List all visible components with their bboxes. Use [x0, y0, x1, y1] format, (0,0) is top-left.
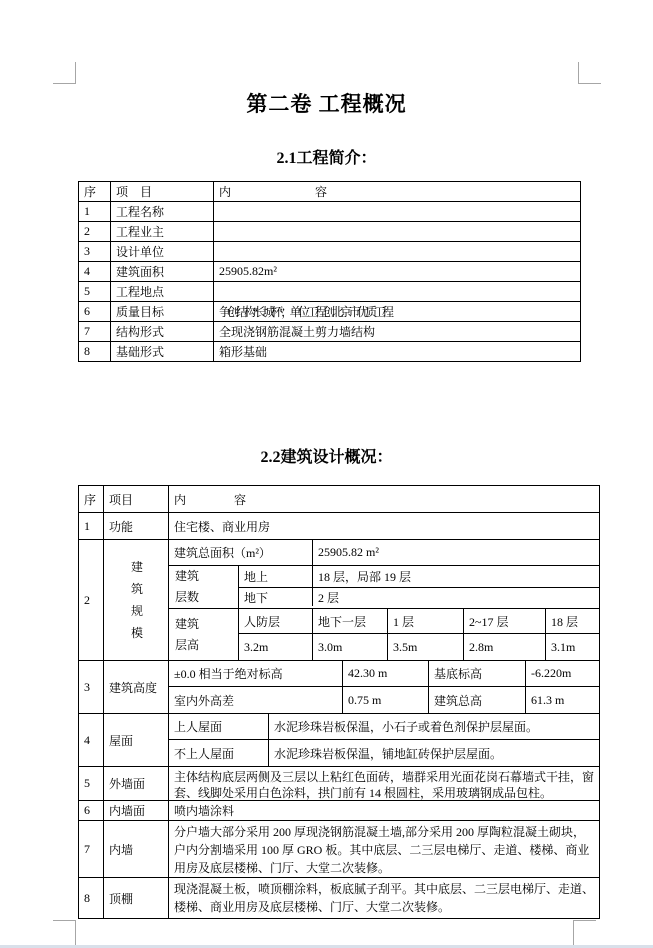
table-row: 3 设计单位 [79, 242, 581, 262]
row-content: 现浇混凝土板，喷顶棚涂料，板底腻子刮平。其中底层、二三层电梯厅、走道、楼梯、商业… [169, 878, 599, 918]
row-item: 基础形式 [111, 342, 214, 362]
height-col: 地下一层 [313, 609, 388, 633]
height-val: 2.8m [464, 634, 546, 660]
design-overview-table: 序 项目 内 容 1 功能 住宅楼、商业用房 2 建筑规模 建筑总面积（m²） … [78, 485, 600, 919]
height-col: 人防层 [239, 609, 313, 633]
table-row: 5 工程地点 [79, 282, 581, 302]
row-item: 结构形式 [111, 322, 214, 342]
below-ground-row: 地下 2 层 [239, 588, 599, 606]
total-height-label: 建筑总高 [429, 687, 526, 713]
table-row: 4 建筑面积 25905.82m² [79, 262, 581, 282]
base-elev-value: -6.220m [526, 661, 599, 686]
project-intro-table: 序 项 目 内 容 1 工程名称 2 工程业主 3 设计单位 4 建筑面积 25… [78, 181, 581, 362]
height-col: 2~17 层 [464, 609, 546, 633]
row-seq: 2 [79, 222, 111, 242]
floor-height-group: 建筑层高 人防层 地下一层 1 层 2~17 层 18 层 3.2m 3.0m [169, 609, 599, 660]
row-content [214, 282, 581, 302]
row-content [214, 222, 581, 242]
row-ceiling: 8 顶棚 现浇混凝土板，喷顶棚涂料，板底腻子刮平。其中底层、二三层电梯厅、走道、… [79, 878, 599, 918]
row-content: 分户墙大部分采用 200 厚现浇钢筋混凝土墙,部分采用 200 厚陶粒混凝土砌块… [169, 821, 599, 877]
section-2-2-title: 2.2建筑设计概况： [0, 444, 653, 467]
table-row: 6 质量目标 争创结构“长城杯”，单位工程创北京市优质工程 [79, 302, 581, 322]
height-col: 18 层 [546, 609, 599, 633]
row-seq: 6 [79, 302, 111, 322]
row-building-height: 3 建筑高度 ±0.0 相当于绝对标高 42.30 m 基底标高 -6.220m… [79, 661, 599, 714]
row-content: 喷内墙涂料 [169, 801, 599, 820]
elev-value: 42.30 m [343, 661, 429, 686]
crop-mark-bottom-left [53, 920, 76, 946]
table-row: 1 工程名称 [79, 202, 581, 222]
header-seq: 序 [79, 486, 104, 512]
row-item: 内墙面 [104, 801, 169, 820]
above-ground-row: 地上 18 层，局部 19 层 [239, 566, 599, 588]
floor-count-label: 建筑层数 [169, 566, 239, 608]
height-val: 3.2m [239, 634, 313, 660]
diff-label: 室内外高差 [169, 687, 343, 713]
row-interior-wall: 7 内墙 分户墙大部分采用 200 厚现浇钢筋混凝土墙,部分采用 200 厚陶粒… [79, 821, 599, 878]
row-seq: 6 [79, 801, 104, 820]
total-height-value: 61.3 m [526, 687, 599, 713]
row-content: 主体结构底层两侧及三层以上粘红色面砖，墙群采用光面花岗石幕墙式干挂，窗套、线脚处… [169, 767, 599, 800]
total-area-label: 建筑总面积（m²） [169, 540, 313, 565]
scale-content: 建筑总面积（m²） 25905.82 m² 建筑层数 地上 18 层，局部 19… [169, 540, 599, 660]
crop-mark-bottom-right [573, 920, 596, 946]
total-area-value: 25905.82 m² [313, 540, 599, 565]
height-val: 3.0m [313, 634, 388, 660]
inaccessible-roof-row: 不上人屋面 水泥珍珠岩板保温，铺地缸砖保护层屋面。 [169, 740, 599, 766]
row-item: 外墙面 [104, 767, 169, 800]
table-row: 2 工程业主 [79, 222, 581, 242]
floor-height-label: 建筑层高 [169, 609, 239, 660]
row-seq: 8 [79, 878, 104, 918]
roof-value: 水泥珍珠岩板保温，铺地缸砖保护层屋面。 [269, 740, 599, 766]
document-page: 第二卷 工程概况 2.1工程简介： 序 项 目 内 容 1 工程名称 2 工程业… [0, 0, 653, 948]
above-value: 18 层，局部 19 层 [313, 566, 599, 587]
document-title: 第二卷 工程概况 [0, 88, 653, 118]
height-diff-row: 室内外高差 0.75 m 建筑总高 61.3 m [169, 687, 599, 713]
row-item: 建筑规模 [104, 540, 169, 660]
row-exterior-wall: 5 外墙面 主体结构底层两侧及三层以上粘红色面砖，墙群采用光面花岗石幕墙式干挂，… [79, 767, 599, 801]
roof-label: 不上人屋面 [169, 740, 269, 766]
row-content [214, 202, 581, 222]
floor-height-value-row: 3.2m 3.0m 3.5m 2.8m 3.1m [239, 634, 599, 660]
row-item: 顶棚 [104, 878, 169, 918]
row-building-scale: 2 建筑规模 建筑总面积（m²） 25905.82 m² 建筑层数 地上 18 … [79, 540, 599, 661]
row-item: 建筑高度 [104, 661, 169, 713]
row-seq: 1 [79, 202, 111, 222]
row-seq: 7 [79, 322, 111, 342]
row-content: 全现浇钢筋混凝土剪力墙结构 [214, 322, 581, 342]
row-item: 工程业主 [111, 222, 214, 242]
roof-value: 水泥珍珠岩板保温，小石子或着色剂保护层屋面。 [269, 714, 599, 739]
row-content-quality-goal: 争创结构“长城杯”，单位工程创北京市优质工程 [214, 302, 581, 322]
table-row: 8 基础形式 箱形基础 [79, 342, 581, 362]
row-item: 功能 [104, 513, 169, 539]
row-seq: 4 [79, 262, 111, 282]
row-seq: 5 [79, 767, 104, 800]
accessible-roof-row: 上人屋面 水泥珍珠岩板保温，小石子或着色剂保护层屋面。 [169, 714, 599, 740]
header-item: 项目 [104, 486, 169, 512]
base-elev-label: 基底标高 [429, 661, 526, 686]
row-roof: 4 屋面 上人屋面 水泥珍珠岩板保温，小石子或着色剂保护层屋面。 不上人屋面 水… [79, 714, 599, 767]
elev-label: ±0.0 相当于绝对标高 [169, 661, 343, 686]
header-item: 项 目 [111, 182, 214, 202]
height-val: 3.5m [388, 634, 464, 660]
header-seq: 序 [79, 182, 111, 202]
row-seq: 5 [79, 282, 111, 302]
row-item: 屋面 [104, 714, 169, 766]
table-header-row: 序 项 目 内 容 [79, 182, 581, 202]
elevation-row: ±0.0 相当于绝对标高 42.30 m 基底标高 -6.220m [169, 661, 599, 687]
row-seq: 3 [79, 242, 111, 262]
row-item: 质量目标 [111, 302, 214, 322]
diff-value: 0.75 m [343, 687, 429, 713]
crop-mark-top-left [53, 62, 76, 84]
table-header-row: 序 项目 内 容 [79, 486, 599, 513]
floor-count-group: 建筑层数 地上 18 层，局部 19 层 地下 2 层 [169, 566, 599, 609]
header-content: 内 容 [169, 486, 599, 512]
row-content: 25905.82m² [214, 262, 581, 282]
height-val: 3.1m [546, 634, 599, 660]
floor-height-header-row: 人防层 地下一层 1 层 2~17 层 18 层 [239, 609, 599, 634]
row-seq: 3 [79, 661, 104, 713]
row-seq: 2 [79, 540, 104, 660]
crop-mark-top-right [578, 62, 601, 84]
row-item: 内墙 [104, 821, 169, 877]
row-item: 工程地点 [111, 282, 214, 302]
row-item: 建筑面积 [111, 262, 214, 282]
row-seq: 1 [79, 513, 104, 539]
total-area-row: 建筑总面积（m²） 25905.82 m² [169, 540, 599, 566]
below-value: 2 层 [313, 588, 599, 606]
row-interior-wall-face: 6 内墙面 喷内墙涂料 [79, 801, 599, 821]
section-2-1-title: 2.1工程简介： [0, 145, 653, 168]
height-col: 1 层 [388, 609, 464, 633]
row-item: 工程名称 [111, 202, 214, 222]
row-seq: 8 [79, 342, 111, 362]
row-seq: 4 [79, 714, 104, 766]
above-label: 地上 [239, 566, 313, 587]
roof-label: 上人屋面 [169, 714, 269, 739]
row-content [214, 242, 581, 262]
below-label: 地下 [239, 588, 313, 606]
header-content: 内 容 [214, 182, 581, 202]
row-function: 1 功能 住宅楼、商业用房 [79, 513, 599, 540]
row-content: 住宅楼、商业用房 [169, 513, 599, 539]
table-row: 7 结构形式 全现浇钢筋混凝土剪力墙结构 [79, 322, 581, 342]
row-item: 设计单位 [111, 242, 214, 262]
row-content: 箱形基础 [214, 342, 581, 362]
row-seq: 7 [79, 821, 104, 877]
